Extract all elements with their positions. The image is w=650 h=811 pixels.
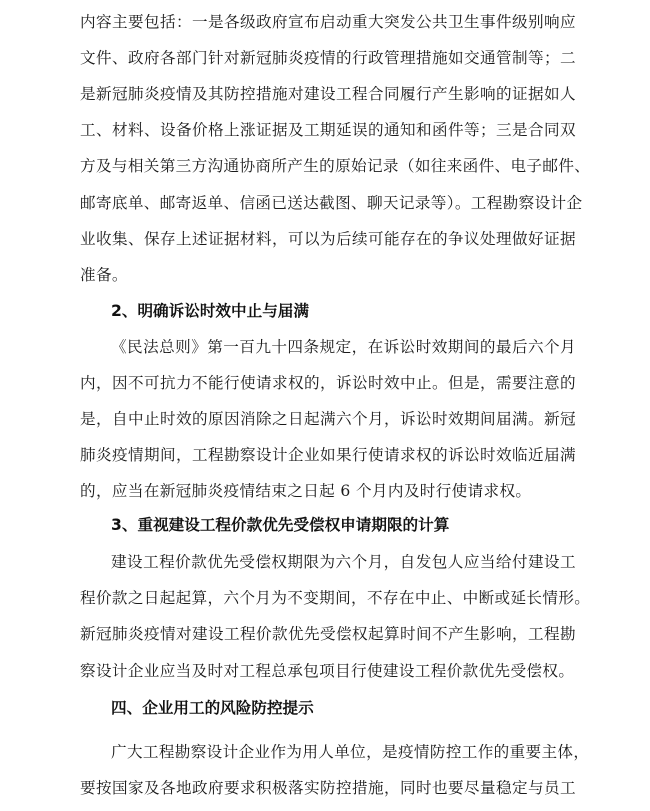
paragraph-line: 新冠肺炎疫情对建设工程价款优先受偿权起算时间不产生影响，工程勘 xyxy=(80,624,576,644)
paragraph-line: 肺炎疫情期间，工程勘察设计企业如果行使请求权的诉讼时效临近届满 xyxy=(80,445,576,465)
paragraph-line: 文件、政府各部门针对新冠肺炎疫情的行政管理措施如交通管制等；二 xyxy=(80,48,576,68)
paragraph-line: 广大工程勘察设计企业作为用人单位，是疫情防控工作的重要主体， xyxy=(111,742,576,762)
paragraph-line: 是，自中止时效的原因消除之日起满六个月，诉讼时效期间届满。新冠 xyxy=(80,409,576,429)
document-page: 内容主要包括：一是各级政府宣布启动重大突发公共卫生事件级别响应 文件、政府各部门… xyxy=(0,0,650,811)
paragraph-line: 内，因不可抗力不能行使请求权的，诉讼时效中止。但是，需要注意的 xyxy=(80,373,576,393)
paragraph-line: 《民法总则》第一百九十四条规定，在诉讼时效期间的最后六个月 xyxy=(111,337,576,357)
paragraph-line: 建设工程价款优先受偿权期限为六个月，自发包人应当给付建设工 xyxy=(111,552,576,572)
paragraph-line: 程价款之日起起算，六个月为不变期间，不存在中止、中断或延长情形。 xyxy=(80,588,576,608)
paragraph-line: 的，应当在新冠肺炎疫情结束之日起 6 个月内及时行使请求权。 xyxy=(80,481,576,501)
paragraph-line: 要按国家及各地政府要求积极落实防控措施，同时也要尽量稳定与员工 xyxy=(80,778,576,798)
section-heading: 3、重视建设工程价款优先受偿权申请期限的计算 xyxy=(111,515,449,535)
paragraph-line: 工、材料、设备价格上涨证据及工期延误的通知和函件等；三是合同双 xyxy=(80,120,576,140)
paragraph-line: 察设计企业应当及时对工程总承包项目行使建设工程价款优先受偿权。 xyxy=(80,661,576,681)
paragraph-line: 内容主要包括：一是各级政府宣布启动重大突发公共卫生事件级别响应 xyxy=(80,12,576,32)
paragraph-line: 准备。 xyxy=(80,265,576,285)
paragraph-line: 方及与相关第三方沟通协商所产生的原始记录（如往来函件、电子邮件、 xyxy=(80,156,576,176)
section-heading: 四、企业用工的风险防控提示 xyxy=(111,698,314,718)
paragraph-line: 业收集、保存上述证据材料，可以为后续可能存在的争议处理做好证据 xyxy=(80,229,576,249)
paragraph-line: 是新冠肺炎疫情及其防控措施对建设工程合同履行产生影响的证据如人 xyxy=(80,84,576,104)
paragraph-line: 邮寄底单、邮寄返单、信函已送达截图、聊天记录等）。工程勘察设计企 xyxy=(80,193,576,213)
section-heading: 2、明确诉讼时效中止与届满 xyxy=(111,301,309,321)
